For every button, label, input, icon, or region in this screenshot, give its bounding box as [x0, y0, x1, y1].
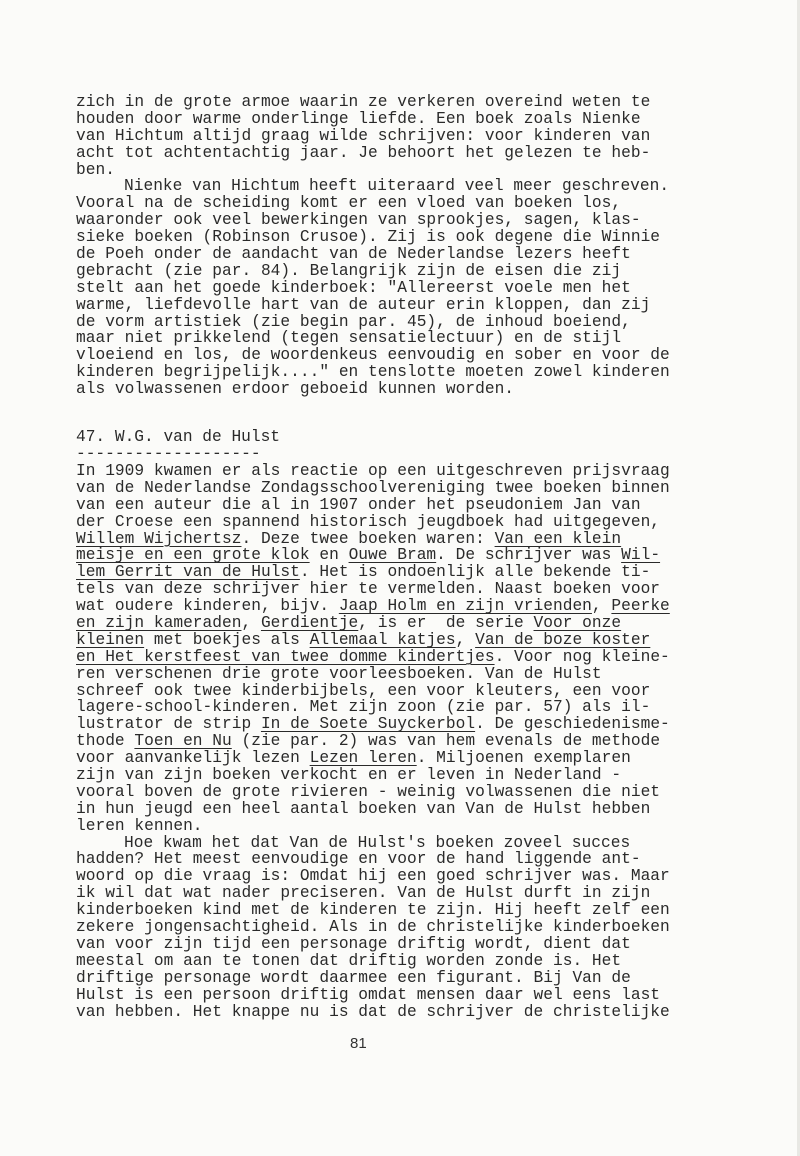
- text-line: en Het kerstfeest van twee domme kindert…: [76, 649, 716, 666]
- text-line: der Croese een spannend historisch jeugd…: [76, 514, 716, 531]
- page-number: 81: [350, 1035, 367, 1052]
- book-title: Wil-: [621, 546, 660, 564]
- text-line: maar niet prikkelend (tegen sensatielect…: [76, 330, 716, 347]
- text-run: ik wil dat wat nader preciseren. Van de …: [76, 884, 650, 902]
- book-title: Van de boze koster: [475, 631, 650, 649]
- text-run: kinderen begrijpelijk...." en tenslotte …: [76, 363, 670, 381]
- text-line: Willem Wijchertsz. Deze twee boeken ware…: [76, 531, 716, 548]
- book-title: Lezen leren: [310, 749, 417, 767]
- text-line: gebracht (zie par. 84). Belangrijk zijn …: [76, 263, 716, 280]
- text-line: voor aanvankelijk lezen Lezen leren. Mil…: [76, 750, 716, 767]
- text-line: lem Gerrit van de Hulst. Het is ondoenli…: [76, 564, 716, 581]
- text-run: thode: [76, 732, 134, 750]
- text-line: kinderen begrijpelijk...." en tenslotte …: [76, 364, 716, 381]
- text-run: . De schrijver was: [436, 546, 621, 564]
- text-run: In 1909 kwamen er als reactie op een uit…: [76, 462, 670, 480]
- text-run: schreef ook twee kinderbijbels, een voor…: [76, 682, 650, 700]
- text-line: hadden? Het meest eenvoudige en voor de …: [76, 851, 716, 868]
- text-line: houden door warme onderlinge liefde. Een…: [76, 111, 716, 128]
- text-run: leren kennen.: [76, 817, 203, 835]
- text-run: kinderboeken kind met de kinderen te zij…: [76, 901, 670, 919]
- text-line: zich in de grote armoe waarin ze verkere…: [76, 94, 716, 111]
- text-line: schreef ook twee kinderbijbels, een voor…: [76, 683, 716, 700]
- text-line: meestal om aan te tonen dat driftig word…: [76, 953, 716, 970]
- text-line: lagere-school-kinderen. Met zijn zoon (z…: [76, 699, 716, 716]
- text-line: de vorm artistiek (zie begin par. 45), d…: [76, 314, 716, 331]
- text-line: zekere jongensachtigheid. Als in de chri…: [76, 919, 716, 936]
- text-run: zijn van zijn boeken verkocht en er leve…: [76, 766, 621, 784]
- book-title: In de Soete Suyckerbol: [261, 715, 475, 733]
- text-line: lustrator de strip In de Soete Suyckerbo…: [76, 716, 716, 733]
- section-number: 47.: [76, 428, 105, 446]
- text-line: tels van deze schrijver hier te vermelde…: [76, 581, 716, 598]
- text-line: ben.: [76, 162, 716, 179]
- text-run: waaronder ook veel bewerkingen van sproo…: [76, 211, 641, 229]
- text-line: kleinen met boekjes als Allemaal katjes,…: [76, 632, 716, 649]
- text-run: zekere jongensachtigheid. Als in de chri…: [76, 918, 670, 936]
- text-run: . Miljoenen exemplaren: [417, 749, 631, 767]
- text-line: leren kennen.: [76, 818, 716, 835]
- section-title: W.G. van de Hulst: [115, 428, 280, 446]
- text-run: van hebben. Het knappe nu is dat de schr…: [76, 1003, 670, 1021]
- text-line: stelt aan het goede kinderboek: "Alleree…: [76, 280, 716, 297]
- text-run: warme, liefdevolle hart van de auteur er…: [76, 296, 650, 314]
- text-run: gebracht (zie par. 84). Belangrijk zijn …: [76, 262, 621, 280]
- text-line: van hebben. Het knappe nu is dat de schr…: [76, 1004, 716, 1021]
- text-line: thode Toen en Nu (zie par. 2) was van he…: [76, 733, 716, 750]
- book-title: en zijn kameraden: [76, 614, 241, 632]
- text-run: acht tot achtentachtig jaar. Je behoort …: [76, 144, 650, 162]
- book-title: lem Gerrit van de Hulst: [76, 563, 300, 581]
- book-title: Gerdientje: [261, 614, 358, 632]
- text-run: Nienke van Hichtum heeft uiteraard veel …: [124, 177, 669, 195]
- book-title: Van een klein: [495, 530, 622, 548]
- text-line: driftige personage wordt daarmee een fig…: [76, 970, 716, 987]
- text-line: van de Nederlandse Zondagsschoolverenigi…: [76, 480, 716, 497]
- text-run: ,: [592, 597, 611, 615]
- text-run: (zie par. 2) was van hem evenals de meth…: [232, 732, 660, 750]
- text-line: woord op die vraag is: Omdat hij een goe…: [76, 868, 716, 885]
- text-run: tels van deze schrijver hier te vermelde…: [76, 580, 660, 598]
- book-title: Jaap Holm en zijn vrienden: [339, 597, 592, 615]
- text-run: van Hichtum altijd graag wilde schrijven…: [76, 127, 650, 145]
- text-run: van de Nederlandse Zondagsschoolverenigi…: [76, 479, 670, 497]
- text-line: en zijn kameraden, Gerdientje, is er de …: [76, 615, 716, 632]
- text-line: Vooral na de scheiding komt er een vloed…: [76, 195, 716, 212]
- text-run: maar niet prikkelend (tegen sensatielect…: [76, 329, 621, 347]
- text-run: de vorm artistiek (zie begin par. 45), d…: [76, 313, 631, 331]
- text-run: lagere-school-kinderen. Met zijn zoon (z…: [76, 698, 650, 716]
- book-title: Allemaal katjes: [310, 631, 456, 649]
- text-run: van voor zijn tijd een personage driftig…: [76, 935, 631, 953]
- text-line: van voor zijn tijd een personage driftig…: [76, 936, 716, 953]
- section-heading: 47. W.G. van de Hulst: [76, 429, 280, 446]
- text-run: ,: [241, 614, 260, 632]
- text-run: lustrator de strip: [76, 715, 261, 733]
- text-line: waaronder ook veel bewerkingen van sproo…: [76, 212, 716, 229]
- text-run: in hun jeugd een heel aantal boeken van …: [76, 800, 650, 818]
- text-line: Nienke van Hichtum heeft uiteraard veel …: [76, 178, 716, 195]
- text-run: met boekjes als: [144, 631, 309, 649]
- text-line: ren verschenen drie grote voorleesboeken…: [76, 666, 716, 683]
- text-line: vloeiend en los, de woordenkeus eenvoudi…: [76, 347, 716, 364]
- text-line: warme, liefdevolle hart van de auteur er…: [76, 297, 716, 314]
- text-run: vloeiend en los, de woordenkeus eenvoudi…: [76, 346, 670, 364]
- text-run: van een auteur die al in 1907 onder het …: [76, 496, 641, 514]
- text-run: . Het is ondoenlijk alle bekende ti-: [300, 563, 650, 581]
- text-line: Hoe kwam het dat Van de Hulst's boeken z…: [76, 835, 716, 852]
- text-line: wat oudere kinderen, bijv. Jaap Holm en …: [76, 598, 716, 615]
- text-run: ren verschenen drie grote voorleesboeken…: [76, 665, 602, 683]
- text-run: sieke boeken (Robinson Crusoe). Zij is o…: [76, 228, 660, 246]
- paragraph: In 1909 kwamen er als reactie op een uit…: [76, 463, 716, 835]
- text-line: zijn van zijn boeken verkocht en er leve…: [76, 767, 716, 784]
- book-title: meisje en een grote klok: [76, 546, 310, 564]
- text-line: als volwassenen erdoor geboeid kunnen wo…: [76, 381, 716, 398]
- text-run: stelt aan het goede kinderboek: "Alleree…: [76, 279, 631, 297]
- text-run: ,: [456, 631, 475, 649]
- text-run: wat oudere kinderen, bijv.: [76, 597, 339, 615]
- text-run: houden door warme onderlinge liefde. Een…: [76, 110, 641, 128]
- text-run: . Voor nog kleine-: [495, 648, 670, 666]
- text-line: acht tot achtentachtig jaar. Je behoort …: [76, 145, 716, 162]
- heading-underline-rule: -------------------: [76, 446, 261, 463]
- text-line: meisje en een grote klok en Ouwe Bram. D…: [76, 547, 716, 564]
- text-line: vooral boven de grote rivieren - weinig …: [76, 784, 716, 801]
- text-run: meestal om aan te tonen dat driftig word…: [76, 952, 621, 970]
- text-run: zich in de grote armoe waarin ze verkere…: [76, 93, 650, 111]
- text-line: kinderboeken kind met de kinderen te zij…: [76, 902, 716, 919]
- paragraph: Hoe kwam het dat Van de Hulst's boeken z…: [76, 835, 716, 1021]
- book-title: Ouwe Bram: [349, 546, 437, 564]
- text-run: en: [310, 546, 349, 564]
- text-run: Vooral na de scheiding komt er een vloed…: [76, 194, 621, 212]
- paragraph: zich in de grote armoe waarin ze verkere…: [76, 94, 716, 178]
- text-run: de Poeh onder de aandacht van de Nederla…: [76, 245, 631, 263]
- text-run: . De geschiedenisme-: [475, 715, 670, 733]
- text-line: van een auteur die al in 1907 onder het …: [76, 497, 716, 514]
- text-line: van Hichtum altijd graag wilde schrijven…: [76, 128, 716, 145]
- book-title: Peerke: [611, 597, 669, 615]
- text-line: ik wil dat wat nader preciseren. Van de …: [76, 885, 716, 902]
- book-title: Toen en Nu: [134, 732, 231, 750]
- book-title: Willem Wijchertsz: [76, 530, 241, 548]
- text-line: In 1909 kwamen er als reactie op een uit…: [76, 463, 716, 480]
- text-line: de Poeh onder de aandacht van de Nederla…: [76, 246, 716, 263]
- text-run: als volwassenen erdoor geboeid kunnen wo…: [76, 380, 514, 398]
- book-title: kleinen: [76, 631, 144, 649]
- text-run: vooral boven de grote rivieren - weinig …: [76, 783, 660, 801]
- section-body-text: In 1909 kwamen er als reactie op een uit…: [76, 463, 716, 1020]
- paragraph: Nienke van Hichtum heeft uiteraard veel …: [76, 178, 716, 398]
- continued-text-block: zich in de grote armoe waarin ze verkere…: [76, 94, 716, 398]
- book-title: Voor onze: [534, 614, 622, 632]
- text-line: in hun jeugd een heel aantal boeken van …: [76, 801, 716, 818]
- text-line: Hulst is een persoon driftig omdat mense…: [76, 987, 716, 1004]
- text-run: , is er de serie: [358, 614, 533, 632]
- text-run: der Croese een spannend historisch jeugd…: [76, 513, 660, 531]
- text-run: ben.: [76, 161, 115, 179]
- text-line: sieke boeken (Robinson Crusoe). Zij is o…: [76, 229, 716, 246]
- text-run: Hulst is een persoon driftig omdat mense…: [76, 986, 660, 1004]
- text-run: driftige personage wordt daarmee een fig…: [76, 969, 631, 987]
- text-run: Hoe kwam het dat Van de Hulst's boeken z…: [124, 834, 630, 852]
- text-run: . Deze twee boeken waren:: [241, 530, 494, 548]
- text-run: hadden? Het meest eenvoudige en voor de …: [76, 850, 641, 868]
- text-run: woord op die vraag is: Omdat hij een goe…: [76, 867, 670, 885]
- book-title: en Het kerstfeest van twee domme kindert…: [76, 648, 495, 666]
- text-run: voor aanvankelijk lezen: [76, 749, 310, 767]
